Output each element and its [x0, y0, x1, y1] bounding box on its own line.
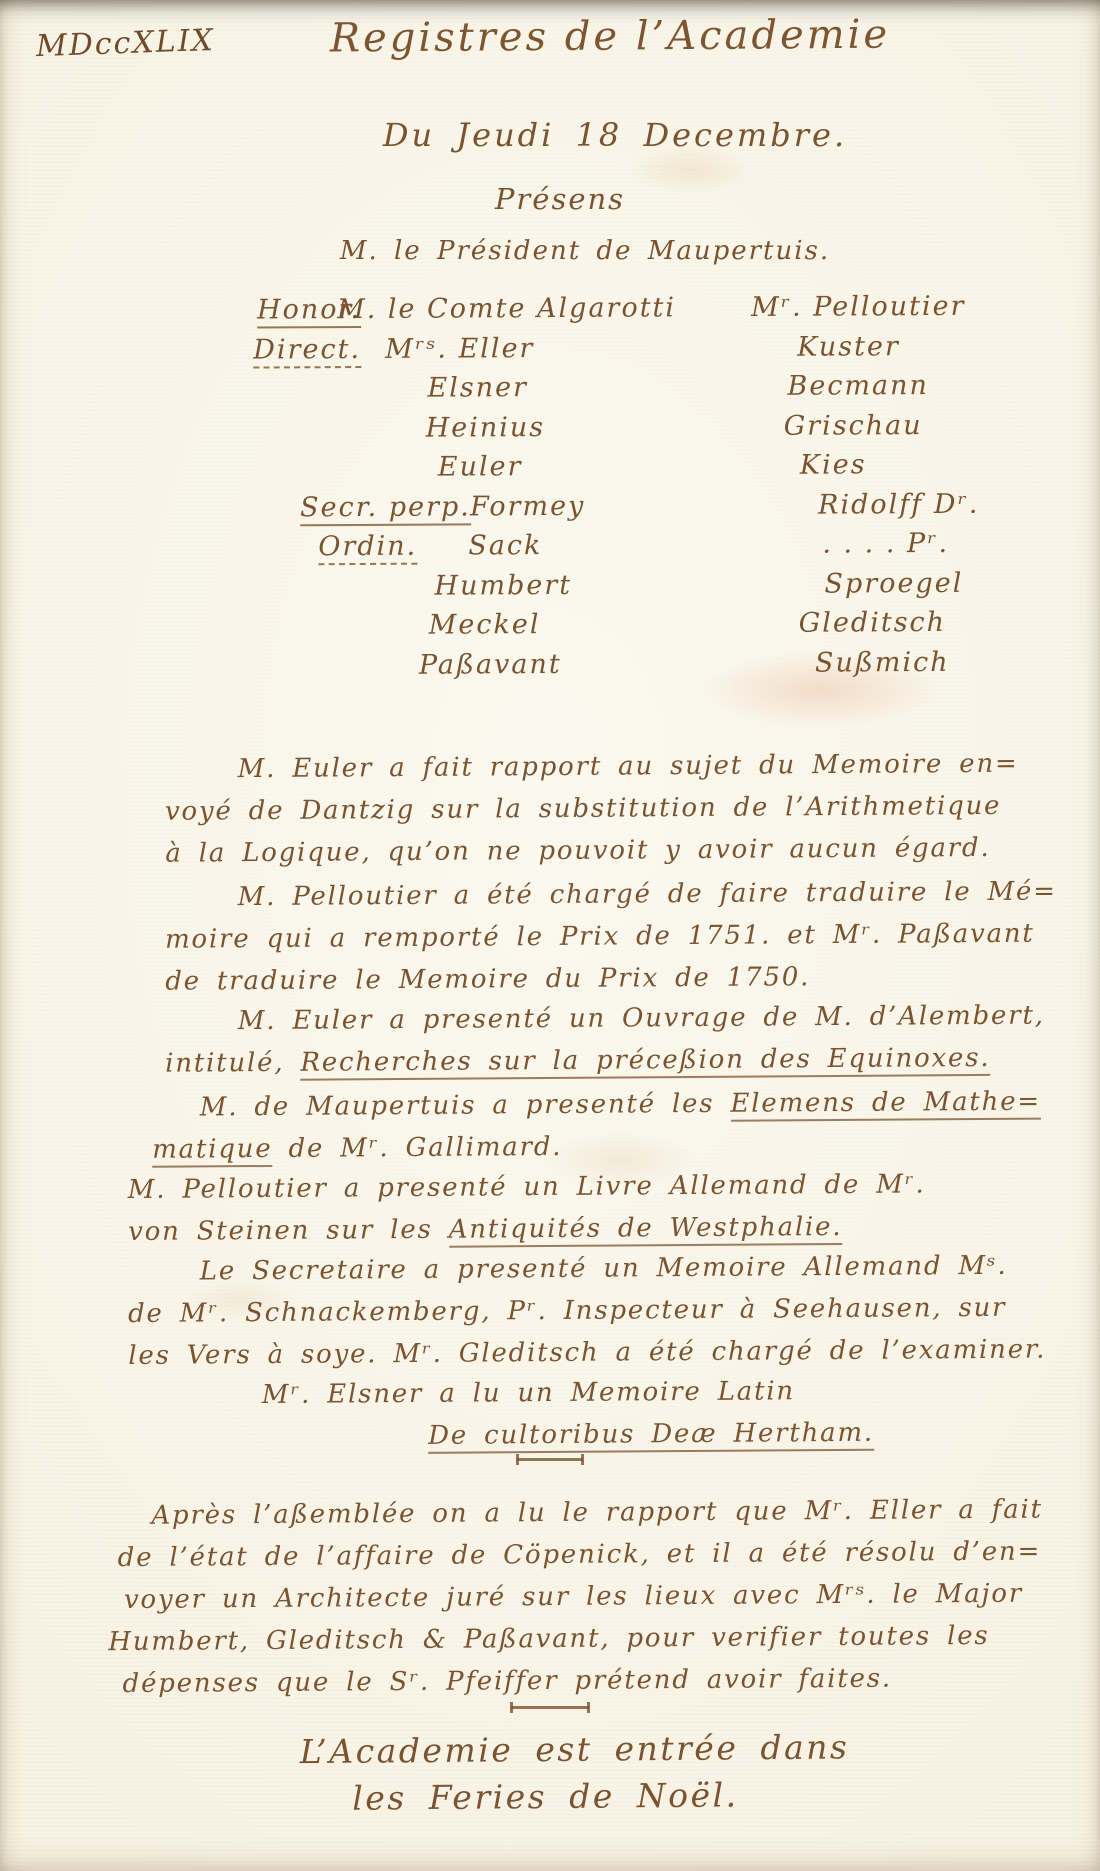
attendee-name: Kies: [800, 449, 867, 480]
class-label: Direct.: [253, 333, 361, 368]
attendee-name: Ridolff Dʳ.: [818, 488, 979, 520]
manuscript-page: MDccXLIX Registres de l’Academie Du Jeud…: [0, 0, 1100, 1871]
line-text: M. de Maupertuis a presenté les: [200, 1089, 731, 1123]
manuscript-line: les Feries de Noël.: [352, 1768, 1100, 1822]
manuscript-line: M. Euler a fait rapport au sujet du Memo…: [238, 742, 1100, 790]
attendance-row: Heinius Grischau: [0, 409, 1100, 454]
attendance-row: Secr. perp. Formey Ridolff Dʳ.: [0, 488, 1100, 533]
class-label: Secr. perp.: [300, 491, 471, 526]
line-text: von Steinen sur les: [128, 1215, 449, 1247]
attendee-name: Sproegel: [824, 567, 963, 599]
manuscript-line: moire qui a remporté le Prix de 1751. et…: [165, 912, 1100, 961]
manuscript-line: de Mʳ. Schnackemberg, Pʳ. Inspecteur à S…: [128, 1286, 1100, 1335]
attendee-name: Heinius: [426, 412, 546, 444]
line-text: intitulé,: [165, 1048, 300, 1079]
paragraph-copenick: Après l’aßemblée on a lu le rapport que …: [0, 1488, 1100, 1706]
underlined-title: Elemens de Mathe=: [730, 1087, 1041, 1122]
paragraph-elsner-latin: Mʳ. Elsner a lu un Memoire Latin De cult…: [0, 1368, 1100, 1460]
attendance-row: Humbert Sproegel: [0, 567, 1100, 612]
attendee-name: Paßavant: [419, 648, 562, 680]
attendee-name: Formey: [470, 490, 585, 522]
attendee-name: Mʳ. Pelloutier: [751, 291, 966, 323]
presens-heading: Présens: [0, 182, 1100, 216]
attendance-row: Meckel Gleditsch: [1, 606, 1100, 651]
underlined-title: Recherches sur la préceßion des Equinoxe…: [300, 1043, 990, 1081]
paragraph-pelloutier-prix: M. Pelloutier a été chargé de faire trad…: [0, 870, 1100, 1004]
manuscript-line: de l’état de l’affaire de Cöpenick, et i…: [118, 1530, 1100, 1579]
attendee-name: Kuster: [797, 331, 900, 363]
page-title: Registres de l’Academie: [0, 10, 1100, 64]
manuscript-line: Mʳ. Elsner a lu un Memoire Latin: [262, 1368, 1100, 1416]
paragraph-euler-dantzig: M. Euler a fait rapport au sujet du Memo…: [0, 742, 1100, 876]
manuscript-line: intitulé, Recherches sur la préceßion de…: [165, 1036, 1100, 1085]
manuscript-line: M. Euler a presenté un Ouvrage de M. d’A…: [238, 994, 1100, 1042]
manuscript-line: voyer un Architecte juré sur les lieux a…: [124, 1572, 1100, 1621]
paragraph-euler-dalembert: M. Euler a presenté un Ouvrage de M. d’A…: [0, 994, 1100, 1086]
president-line: M. le Président de Maupertuis.: [0, 236, 1100, 266]
section-divider: [0, 1458, 1100, 1461]
attendee-name: Mʳˢ. Eller: [385, 333, 534, 365]
attendee-name: Becmann: [787, 370, 929, 402]
attendance-row: Ordin. Sack . . . . Pʳ.: [0, 527, 1100, 572]
manuscript-line: Après l’aßemblée on a lu le rapport que …: [151, 1488, 1099, 1537]
manuscript-line: M. Pelloutier a presenté un Livre Allema…: [128, 1162, 1100, 1211]
attendance-row: Direct. Mʳˢ. Eller Kuster: [0, 330, 1099, 375]
underlined-title: Antiquités de Westphalie.: [449, 1212, 843, 1248]
underlined-title: matique: [152, 1134, 273, 1168]
paragraph-maupertuis-gallimard: M. de Maupertuis a presenté les Elemens …: [0, 1080, 1100, 1172]
manuscript-line: dépenses que le Sʳ. Pfeiffer prétend avo…: [122, 1656, 1100, 1705]
manuscript-line: M. de Maupertuis a presenté les Elemens …: [200, 1080, 1100, 1128]
attendance-row: Paßavant Sußmich: [1, 646, 1100, 691]
attendance-row: Euler Kies: [0, 448, 1100, 493]
attendee-name: Elsner: [427, 372, 528, 404]
closing-statement: L’Academie est entrée dans les Feries de…: [0, 1721, 1100, 1825]
paragraph-secretaire-schnackemberg: Le Secretaire a presenté un Memoire Alle…: [0, 1244, 1100, 1378]
manuscript-line: voyé de Dantzig sur la substitution de l…: [165, 784, 1100, 833]
attendee-name: Sack: [468, 530, 542, 561]
attendee-name: Humbert: [434, 569, 572, 601]
session-date: Du Jeudi 18 Decembre.: [0, 116, 1100, 154]
line-text: de Mʳ. Gallimard.: [272, 1132, 562, 1164]
attendee-name: Gleditsch: [799, 607, 946, 639]
underlined-title: De cultoribus Deæ Hertham.: [428, 1418, 874, 1454]
attendee-name: Meckel: [429, 609, 541, 641]
attendance-list: Honor. M. le Comte Algarotti Mʳ. Pellout…: [0, 290, 1100, 691]
attendance-row: Elsner Becmann: [0, 369, 1100, 414]
scan-top-edge: [0, 0, 1100, 9]
class-label: Ordin.: [318, 531, 417, 566]
manuscript-line: Humbert, Gleditsch & Paßavant, pour veri…: [108, 1614, 1100, 1663]
manuscript-line: Le Secretaire a presenté un Memoire Alle…: [200, 1244, 1100, 1292]
attendee-name: . . . . Pʳ.: [822, 528, 949, 560]
attendee-name: Euler: [438, 451, 523, 482]
manuscript-line: L’Academie est entrée dans: [300, 1721, 1100, 1775]
attendee-name: Grischau: [784, 410, 923, 442]
manuscript-line: à la Logique, qu’on ne pouvoit y avoir a…: [165, 826, 1100, 875]
section-divider: [0, 1706, 1100, 1709]
manuscript-line: M. Pelloutier a été chargé de faire trad…: [238, 870, 1100, 918]
attendance-row: Honor. M. le Comte Algarotti Mʳ. Pellout…: [0, 290, 1099, 335]
attendee-name: M. le Comte Algarotti: [337, 292, 676, 325]
attendee-name: Sußmich: [815, 646, 950, 678]
paragraph-pelloutier-westphalie: M. Pelloutier a presenté un Livre Allema…: [0, 1162, 1100, 1254]
manuscript-line: De cultoribus Deæ Hertham.: [428, 1410, 1100, 1457]
